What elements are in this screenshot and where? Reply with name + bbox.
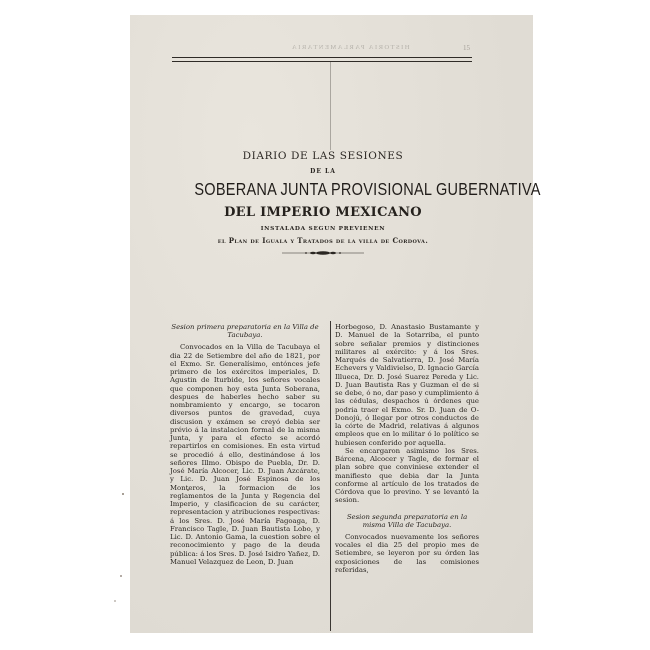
title-imperio-mexicano: DEL IMPERIO MEXICANO — [170, 205, 476, 220]
paragraph-convocados-nuevamente: Convocados nuevamente los señores vocale… — [335, 533, 479, 574]
paragraph-horbegoso: Horbegoso, D. Anastasio Bustamante y D. … — [335, 323, 479, 447]
paper-speck — [120, 575, 122, 577]
page-number: 15 — [463, 44, 470, 52]
bleedthrough-text-right — [336, 65, 476, 150]
book-page: HISTORIA PARLAMENTARIA 15 DIARIO DE LAS … — [130, 15, 533, 633]
paper-speck — [114, 600, 116, 602]
ornament-divider-icon — [282, 250, 364, 256]
paragraph-convocados: Convocados en la Villa de Tacubaya el di… — [170, 343, 320, 566]
right-column: Horbegoso, D. Anastasio Bustamante y D. … — [335, 323, 479, 574]
title-soberana-junta: SOBERANA JUNTA PROVISIONAL GUBERNATIVA — [194, 179, 451, 199]
paper-speck — [122, 493, 124, 495]
bleedthrough-running-header: HISTORIA PARLAMENTARIA — [250, 44, 450, 51]
bleedthrough-text-left — [172, 65, 322, 150]
header-rule — [172, 57, 472, 58]
session-heading-segunda: Sesion segunda preparatoria en la misma … — [335, 513, 479, 529]
title-diario: DIARIO DE LAS SESIONES — [170, 150, 476, 162]
title-instalada: INSTALADA SEGUN PREVIENEN — [170, 226, 476, 232]
bleedthrough-column-divider — [330, 62, 331, 150]
left-column: Sesion primera preparatoria en la Villa … — [170, 323, 320, 566]
header-rule-thin — [172, 61, 472, 62]
paper-speck — [187, 489, 189, 491]
session-heading-primera: Sesion primera preparatoria en la Villa … — [170, 323, 320, 339]
title-de-la: DE LA — [170, 168, 476, 175]
column-divider — [330, 321, 331, 631]
title-plan-de-iguala: el Plan de Iguala y Tratados de la villa… — [170, 236, 476, 245]
paragraph-se-encargaron: Se encargaron asimismo los Sres. Bárcena… — [335, 447, 479, 505]
